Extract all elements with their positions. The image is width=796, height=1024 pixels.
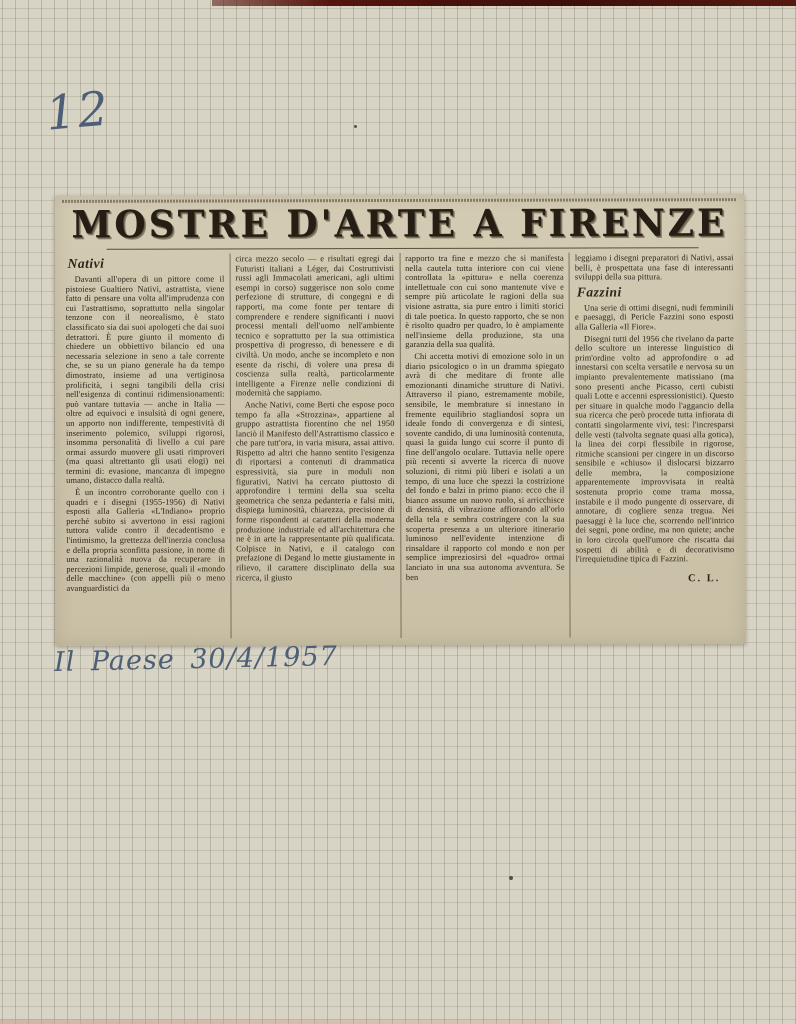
article-paragraph: leggiamo i disegni preparatori di Nativi… [575, 253, 734, 282]
author-initials: C. L. [576, 574, 735, 584]
article-paragraph: Chi accetta motivi di emozione solo in u… [405, 352, 564, 583]
article-paragraph: Davanti all'opera di un pittore come il … [66, 274, 225, 485]
article-paragraph: Anche Nativi, come Berti che espose poco… [236, 400, 395, 583]
article-column-2: circa mezzo secolo — e risultati egregi … [229, 253, 400, 638]
book-binding-edge [212, 0, 796, 6]
handwritten-source-caption: Il Paese 30/4/1957 [54, 641, 338, 678]
article-column-4: leggiamo i disegni preparatori di Nativi… [569, 252, 740, 637]
article-paragraph: Una serie di ottimi disegni, nudi femmin… [575, 303, 734, 332]
headline: MOSTRE D'ARTE A FIRENZE [60, 202, 738, 245]
section-heading-fazzini: Fazzini [575, 284, 734, 299]
section-heading-nativi: Nativi [66, 255, 225, 270]
ink-speck [509, 876, 513, 880]
page-bottom-edge [0, 1019, 560, 1024]
headline-rule [107, 247, 699, 250]
article-paragraph: rapporto tra fine e mezzo che si manifes… [405, 254, 564, 350]
handwritten-page-number: 12 [44, 81, 112, 141]
article-column-3: rapporto tra fine e mezzo che si manifes… [399, 253, 570, 638]
notebook-page: 12 MOSTRE D'ARTE A FIRENZE Nativi Davant… [0, 0, 796, 1024]
article-columns: Nativi Davanti all'opera di un pittore c… [61, 252, 740, 639]
ink-speck [354, 125, 357, 128]
article-paragraph: circa mezzo secolo — e risultati egregi … [235, 254, 394, 398]
article-column-1: Nativi Davanti all'opera di un pittore c… [61, 253, 231, 638]
newspaper-clipping: MOSTRE D'ARTE A FIRENZE Nativi Davanti a… [54, 194, 745, 646]
article-paragraph: È un incontro corroborante quello con i … [66, 488, 225, 594]
article-paragraph: Disegni tutti del 1956 che rivelano da p… [575, 334, 734, 565]
